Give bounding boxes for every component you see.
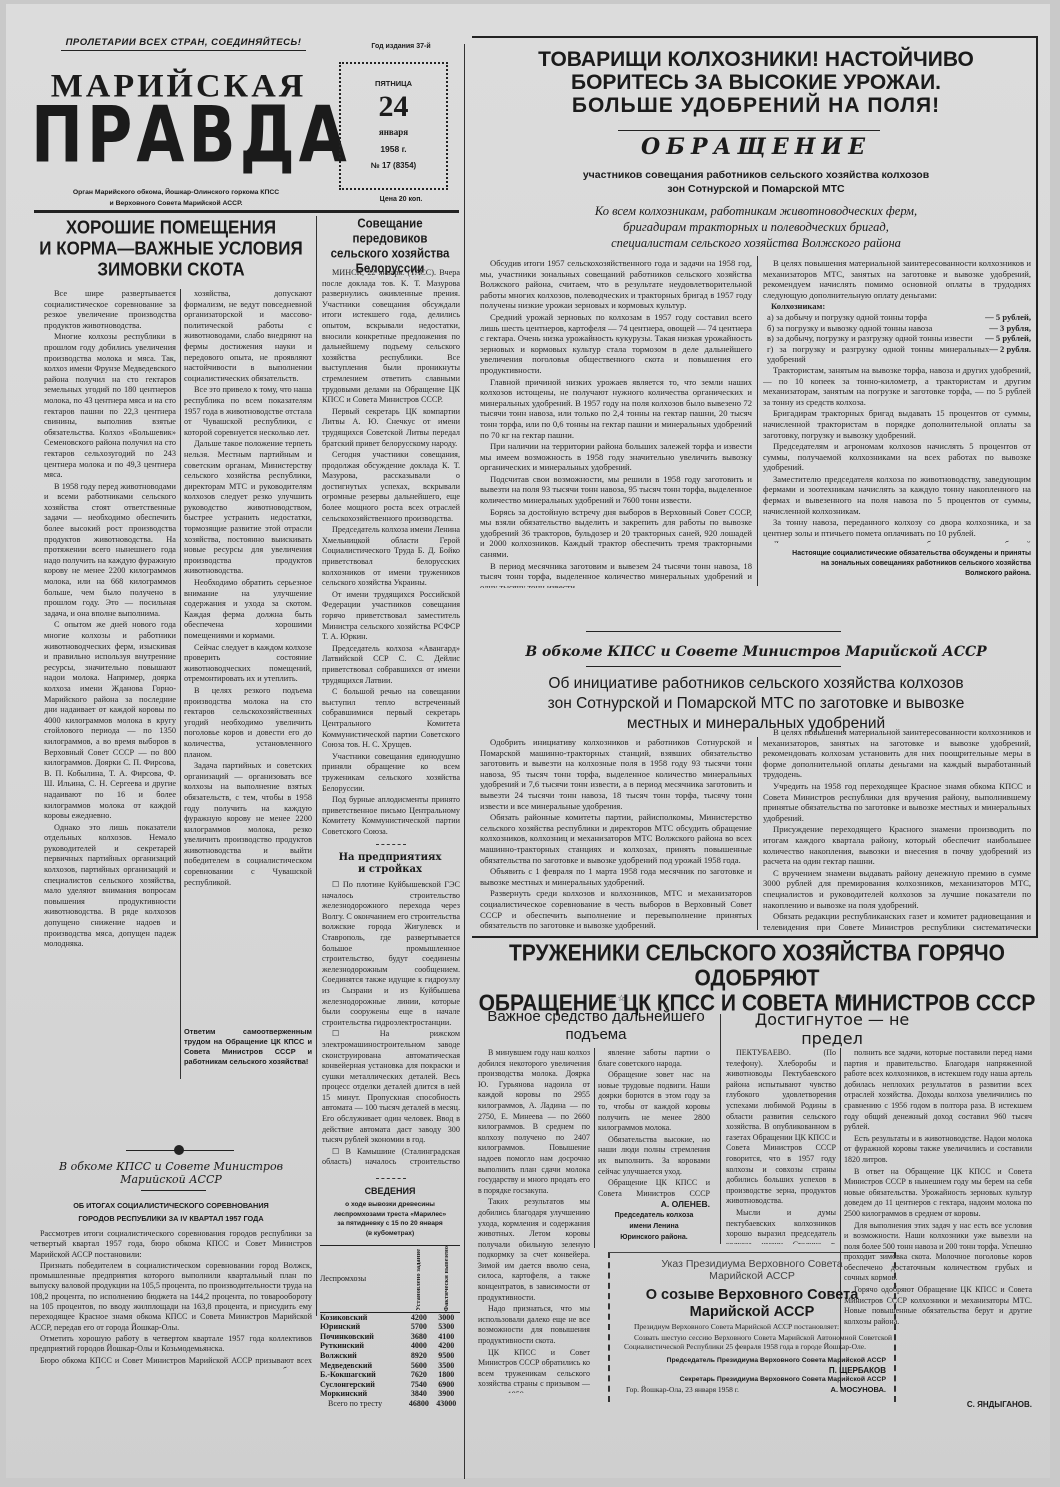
paragraph: Сегодня участники совещания, продолжая о… <box>322 450 460 524</box>
table-row: Волжский89209500 <box>320 1351 460 1361</box>
paragraph: ПЕКТУБАЕВО. (По телефону). Хлеборобы и ж… <box>726 1048 836 1207</box>
title-line1: О созыве Верховного Совета <box>610 1287 894 1304</box>
header-line1: Указ Президиума Верховного Совета <box>610 1258 894 1270</box>
paragraph: Есть результаты и в животноводстве. Надо… <box>844 1134 1032 1166</box>
rates-list: а) за добычу и погрузку одной тонны торф… <box>763 312 1031 365</box>
headline-line1: ТРУЖЕНИКИ СЕЛЬСКОГО ХОЗЯЙСТВА ГОРЯЧО ОДО… <box>472 941 1042 991</box>
table-cell: 6900 <box>433 1380 460 1390</box>
timber-subtitle: о ходе вывозки древесины леспромхозами т… <box>320 1200 460 1238</box>
title-line3: ЗИМОВКИ СКОТА <box>26 259 316 280</box>
year: 1958 г. <box>341 144 446 154</box>
paragraph: ☐ По плотине Куйбышевской ГЭС началось с… <box>322 880 460 1028</box>
paragraph: Рассмотрев итоги социалистического сорев… <box>30 1229 312 1260</box>
address-line2: бригадирам тракторных и полеводческих бр… <box>476 219 1036 235</box>
paragraph: Главной причиной низких урожаев является… <box>480 377 752 441</box>
left-article-column-2: явление заботы партии о благе советского… <box>598 1048 710 1198</box>
title-line2: ГОРОДОВ РЕСПУБЛИКИ ЗА IV КВАРТАЛ 1957 ГО… <box>26 1212 316 1225</box>
paragraph: Мысли и думы пектубаевских колхозников х… <box>726 1208 836 1244</box>
organ-line2: и Верховного Совета Марийской АССР. <box>41 198 311 209</box>
paragraph: Все шире развертывается социалистическое… <box>44 289 176 331</box>
paragraph: Обращение зовет нас на новые трудовые по… <box>598 1070 710 1134</box>
table-cell: 8920 <box>405 1351 432 1361</box>
paragraph: Отметить хорошую работу в четвертом квар… <box>30 1334 312 1355</box>
column-header: Леспромхозы <box>320 1246 405 1313</box>
table-cell: Починковский <box>320 1332 405 1342</box>
rate-value: — 3 рубля, <box>989 323 1031 334</box>
stars-icon: ☆ ☆ <box>816 994 876 1004</box>
belarus-body: МИНСК, 22 января. (ТАСС). Вчера после до… <box>322 268 460 838</box>
paragraph: ЦК КПСС и Совет Министров СССР обратилис… <box>478 1348 590 1393</box>
address-line1: Ко всем колхозникам, работникам животнов… <box>476 203 1036 219</box>
masthead-rule <box>34 210 459 213</box>
paragraph: Трактористам, занятым на вывозке торфа, … <box>763 365 1031 407</box>
timber-title: СВЕДЕНИЯ <box>320 1186 460 1196</box>
paragraph: Дальше такое положение терпеть нельзя. М… <box>184 439 312 577</box>
newspaper-page: ПРОЛЕТАРИИ ВСЕХ СТРАН, СОЕДИНЯЙТЕСЬ! МАР… <box>6 4 1050 1478</box>
column-divider <box>316 216 317 1316</box>
appeal-column-2: В целях повышения материальной заинтерес… <box>763 258 1031 543</box>
table-cell: Юринский <box>320 1322 405 1332</box>
paragraph: В 1958 году перед животноводами и всеми … <box>44 482 176 620</box>
table-cell: 1800 <box>433 1370 460 1380</box>
issue-number: № 17 (8354) <box>341 161 446 170</box>
rate-item: а) за добычу и погрузку одной тонны торф… <box>763 312 1031 323</box>
paragraph: Однако это лишь показатели отдельных кол… <box>44 823 176 950</box>
table-cell: Всего по тресту <box>320 1399 405 1409</box>
table-cell: 43000 <box>433 1399 460 1409</box>
signoff-line1: Настоящие социалистические обязательства… <box>763 549 1031 559</box>
separator <box>376 1178 406 1179</box>
paragraph: Участники совещания единодушно приняли о… <box>322 752 460 794</box>
table-cell: 3500 <box>433 1361 460 1371</box>
table-row: Козиковский42003000 <box>320 1312 460 1322</box>
title-line2: и стройках <box>320 864 460 876</box>
table-cell: 7540 <box>405 1380 432 1390</box>
preamble: Президиум Верховного Совета Марийской АС… <box>624 1322 892 1332</box>
paragraph: Надо признаться, что мы использовали дал… <box>478 1304 590 1346</box>
paragraph: Обсудив итоги 1957 сельскохозяйственного… <box>480 258 752 311</box>
body: Созвать шестую сессию Верховного Совета … <box>624 1333 892 1352</box>
paragraph: Таких результатов мы добились благодаря … <box>478 1197 590 1303</box>
livestock-title: ХОРОШИЕ ПОМЕЩЕНИЯ И КОРМА—ВАЖНЫЕ УСЛОВИЯ… <box>26 217 316 280</box>
paragraph: хозяйства, допускают формализм, не ведут… <box>184 289 312 384</box>
weekday: ПЯТНИЦА <box>341 79 446 88</box>
left-article-title: Важное средство дальнейшего подъема <box>476 1008 716 1044</box>
subtitle-line2: леспромхозами треста «Марилес» <box>320 1210 460 1220</box>
masthead-organ: Орган Марийского обкома, Йошкар-Олинског… <box>41 187 311 209</box>
slogan-line3: БОЛЬШЕ УДОБРЕНИЙ НА ПОЛЯ! <box>476 94 1036 117</box>
table-cell: 5600 <box>405 1361 432 1371</box>
table-row: Руткинский40004200 <box>320 1341 460 1351</box>
rate-value: — 2 рубля. <box>989 344 1031 365</box>
table-total-row: Всего по тресту4680043000 <box>320 1399 460 1409</box>
subtitle-line1: участников совещания работников сельског… <box>476 168 1036 182</box>
appeal-signoff: Настоящие социалистические обязательства… <box>763 549 1031 579</box>
secretary-name: А. МОСУНОВА. <box>831 1385 886 1395</box>
title-line1: Совещание передовиков <box>320 217 460 247</box>
price: Цена 20 коп. <box>361 196 441 203</box>
column-divider <box>720 1014 721 1244</box>
table-row: Суслонгерский75406900 <box>320 1380 460 1390</box>
chair-title: Председатель Президиума Верховного Совет… <box>626 1356 886 1366</box>
paragraph: В период месячника заготовим и вывезем 2… <box>480 561 752 588</box>
title-line1: ОБ ИТОГАХ СОЦИАЛИСТИЧЕСКОГО СОРЕВНОВАНИЯ <box>26 1199 316 1212</box>
title-line2: Марийской АССР <box>610 1304 894 1321</box>
rule <box>586 666 841 667</box>
subtitle-line2: зон Сотнурской и Помарской МТС <box>476 182 1036 196</box>
rate-item: б) за погрузку и вывозку одной тонны нав… <box>763 323 1031 334</box>
title-line1: На предприятиях <box>320 852 460 864</box>
decree-signatures: Председатель Президиума Верховного Совет… <box>626 1356 886 1394</box>
year-of-issue: Год издания 37-й <box>361 43 441 50</box>
rate-item: в) за добычу, погрузку и разгрузку одной… <box>763 333 1031 344</box>
table-row: Починковский36804100 <box>320 1332 460 1342</box>
rate-value: — 5 рублей, <box>985 312 1031 323</box>
table-cell: 4200 <box>405 1312 432 1322</box>
competition-title: ОБ ИТОГАХ СОЦИАЛИСТИЧЕСКОГО СОРЕВНОВАНИЯ… <box>26 1199 316 1225</box>
rubric-line1: В обкоме КПСС и Совете Министров <box>26 1160 316 1173</box>
left-article-signature: А. ОЛЕНЕВ. Председатель колхоза имени Ле… <box>598 1199 710 1243</box>
paragraph: Бюро обкома КПСС и Совет Министров Марий… <box>30 1356 312 1369</box>
paragraph: Необходимо обратить серьезное внимание н… <box>184 578 312 642</box>
author-title: Юринского района. <box>598 1232 710 1243</box>
appeal-address: Ко всем колхозникам, работникам животнов… <box>476 203 1036 251</box>
column-header: Фактически вывезено <box>433 1246 460 1313</box>
paragraph: Признать победителем в социалистическом … <box>30 1261 312 1333</box>
livestock-column-1: Все шире развертывается социалистическое… <box>44 289 176 1079</box>
paragraph: Заместителю председателя колхоза по живо… <box>763 474 1031 516</box>
table-cell: Руткинский <box>320 1341 405 1351</box>
paragraph: Первый секретарь ЦК компартии Литвы А. Ю… <box>322 407 460 449</box>
place-date: Гор. Йошкар-Ола, 23 января 1958 г. <box>626 1385 739 1395</box>
table-cell: 3000 <box>433 1312 460 1322</box>
title-line2: сельского хозяйства <box>320 247 460 262</box>
table-cell: Б.-Кокшагский <box>320 1370 405 1380</box>
paragraph: Обращение ЦК КПСС и Совета Министров ССС… <box>598 1178 710 1198</box>
column-divider <box>180 289 181 1079</box>
table-cell: Козиковский <box>320 1312 405 1322</box>
decree-body: Президиум Верховного Совета Марийской АС… <box>624 1322 892 1353</box>
paragraph: В минувшем году наш колхоз добился некот… <box>478 1048 590 1196</box>
subtitle-line1: о ходе вывозки древесины <box>320 1200 460 1210</box>
paragraph: Председатель колхоза имени Ленина Хмельн… <box>322 525 460 589</box>
signoff-line2: на зональных совещаниях работников сельс… <box>763 559 1031 569</box>
rule <box>618 130 880 131</box>
table-row: Медведевский56003500 <box>320 1361 460 1371</box>
author-name: А. ОЛЕНЕВ. <box>598 1199 710 1210</box>
right-article-author: С. ЯНДЫГАНОВ. <box>926 1400 1032 1409</box>
rate-value: — 5 рублей, <box>985 333 1031 344</box>
rate-label: а) за добычу и погрузку одной тонны торф… <box>767 312 927 323</box>
organ-line1: Орган Марийского обкома, Йошкар-Олинског… <box>41 187 311 198</box>
paragraph: В целях резкого подъема производства мол… <box>184 686 312 760</box>
rubric-line2: Марийской АССР <box>26 1173 316 1186</box>
table-cell: 3900 <box>433 1389 460 1399</box>
slogan-line2: БОРИТЕСЬ ЗА ВЫСОКИЕ УРОЖАИ. <box>476 71 1036 94</box>
appeal-column-1: Обсудив итоги 1957 сельскохозяйственного… <box>480 258 752 588</box>
paragraph: Дополнительную денежную оплату за работы… <box>763 539 1031 543</box>
paragraph: Многие колхозы республики в прошлом году… <box>44 332 176 480</box>
table-cell: 4100 <box>433 1332 460 1342</box>
author-title: имени Ленина <box>598 1221 710 1232</box>
rate-item: г) за погрузку и разгрузку одной тонны м… <box>763 344 1031 365</box>
rate-label: г) за погрузку и разгрузку одной тонны м… <box>767 344 989 365</box>
paragraph: МИНСК, 22 января. (ТАСС). Вчера после до… <box>322 268 460 406</box>
paragraph: ☐ На рижском электромашиностроительном з… <box>322 1029 460 1146</box>
right-article-title: Достигнутое — не предел <box>722 1010 942 1048</box>
date-box: ПЯТНИЦА 24 января 1958 г. № 17 (8354) <box>339 62 448 190</box>
table-cell: Волжский <box>320 1351 405 1361</box>
table-cell: 4000 <box>405 1341 432 1351</box>
rule <box>586 631 841 632</box>
subtitle-line3: за пятидневку с 15 по 20 января <box>320 1219 460 1229</box>
paragraph: Подсчитав свои возможности, мы решили в … <box>480 474 752 506</box>
separator <box>376 844 406 845</box>
livestock-closing: Ответим самоотверженным трудом на Обраще… <box>184 1027 312 1067</box>
title-line2: подъема <box>476 1026 716 1044</box>
table-cell: 5700 <box>405 1322 432 1332</box>
paragraph: Под бурные аплодисменты принято приветст… <box>322 795 460 837</box>
table-cell: 3840 <box>405 1389 432 1399</box>
paragraph: Бригадирам тракторных бригад выдавать 15… <box>763 408 1031 440</box>
appeal-subtitle: участников совещания работников сельског… <box>476 168 1036 196</box>
chair-name: П. ЩЕРБАКОВ <box>626 1366 886 1376</box>
header-line2: Марийской АССР <box>610 1270 894 1282</box>
table-cell: 3680 <box>405 1332 432 1342</box>
paragraph: За тонну навоза, переданного колхозу со … <box>763 517 1031 538</box>
obkom-frame <box>472 676 1038 938</box>
paragraph: С большой речью на совещании выступил те… <box>322 687 460 751</box>
paragraph: От имени трудящихся Российской Федерации… <box>322 590 460 643</box>
paragraph: ☐ В Камышине (Сталинградская область) на… <box>322 1147 460 1168</box>
table-cell: 9500 <box>433 1351 460 1361</box>
paragraph: Сейчас следует в каждом колхозе проверит… <box>184 643 312 685</box>
paragraph: В ответ на Обращение ЦК КПСС и Совета Ми… <box>844 1167 1032 1220</box>
rate-label: в) за добычу, погрузку и разгрузку одной… <box>767 333 973 344</box>
title-line1: Важное средство дальнейшего <box>476 1008 716 1026</box>
day: 24 <box>341 91 446 123</box>
table-row: Моркинский38403900 <box>320 1389 460 1399</box>
left-article-column-1: В минувшем году наш колхоз добился некот… <box>478 1048 590 1393</box>
stars-icon: ☆ ☆ <box>586 994 646 1004</box>
approval-headline: ТРУЖЕНИКИ СЕЛЬСКОГО ХОЗЯЙСТВА ГОРЯЧО ОДО… <box>472 941 1042 1016</box>
masthead-title-line2: ПРАВДА <box>31 96 326 174</box>
subtitle-line4: (в кубометрах) <box>320 1229 460 1239</box>
column-divider <box>757 256 758 586</box>
table-cell: Медведевский <box>320 1361 405 1371</box>
paragraph: Средний урожай зерновых по колхозам в 19… <box>480 312 752 376</box>
month: января <box>341 127 446 137</box>
table-cell: Суслонгерский <box>320 1380 405 1390</box>
rates-group-label: Колхозникам: <box>763 301 1031 312</box>
rate-label: б) за погрузку и вывозку одной тонны нав… <box>767 323 932 334</box>
table-cell: 4200 <box>433 1341 460 1351</box>
paragraph: Задача партийных и советских организаций… <box>184 761 312 888</box>
address-line3: специалистам сельского хозяйства Волжско… <box>476 235 1036 251</box>
paragraph: полнить все задачи, которые поставили пе… <box>844 1048 1032 1133</box>
decree-header: Указ Президиума Верховного Совета Марийс… <box>610 1258 894 1282</box>
livestock-column-2: хозяйства, допускают формализм, не ведут… <box>184 289 312 1024</box>
column-divider <box>594 1048 595 1248</box>
title-line1: ХОРОШИЕ ПОМЕЩЕНИЯ <box>26 217 316 238</box>
ornament-icon <box>174 1145 184 1155</box>
table-row: Юринский57005300 <box>320 1322 460 1332</box>
title-line2: И КОРМА—ВАЖНЫЕ УСЛОВИЯ <box>26 238 316 259</box>
obkom-rubric: В обкоме КПСС и Совете Министров Марийск… <box>476 644 1036 660</box>
masthead-motto: ПРОЛЕТАРИИ ВСЕХ СТРАН, СОЕДИНЯЙТЕСЬ! <box>61 37 306 51</box>
enterprises-title: На предприятиях и стройках <box>320 852 460 876</box>
timber-table: Леспромхозы Установлено задание Фактичес… <box>320 1245 460 1409</box>
author-title: Председатель колхоза <box>598 1210 710 1221</box>
enterprises-list: ☐ По плотине Куйбышевской ГЭС началось с… <box>322 880 460 1168</box>
appeal-slogan: ТОВАРИЩИ КОЛХОЗНИКИ! НАСТОЙЧИВО БОРИТЕСЬ… <box>476 48 1036 117</box>
table-cell: 5300 <box>433 1322 460 1332</box>
table-cell: Моркинский <box>320 1389 405 1399</box>
paragraph: Председателям и агрономам колхозов начис… <box>763 441 1031 473</box>
secretary-title: Секретарь Президиума Верховного Совета М… <box>626 1375 886 1385</box>
paragraph: С опытом же дней нового года многие колх… <box>44 620 176 821</box>
competition-rubric: В обкоме КПСС и Совете Министров Марийск… <box>26 1160 316 1186</box>
signoff-line3: Волжского района. <box>763 569 1031 579</box>
paragraph: При наличии на территории района больших… <box>480 441 752 473</box>
column-header: Установлено задание <box>405 1246 432 1313</box>
paragraph: Борясь за достойную встречу дня выборов … <box>480 507 752 560</box>
table-cell: 7620 <box>405 1370 432 1380</box>
appeal-title: ОБРАЩЕНИЕ <box>476 134 1036 160</box>
paragraph: Обязательства высокие, но наши люди полн… <box>598 1135 710 1177</box>
table-cell: 46800 <box>405 1399 432 1409</box>
table-row: Б.-Кокшагский76201800 <box>320 1370 460 1380</box>
paragraph: В целях повышения материальной заинтерес… <box>763 258 1031 300</box>
separator <box>141 1190 206 1191</box>
right-article-column-1: ПЕКТУБАЕВО. (По телефону). Хлеборобы и ж… <box>726 1048 836 1244</box>
slogan-line1: ТОВАРИЩИ КОЛХОЗНИКИ! НАСТОЙЧИВО <box>476 48 1036 71</box>
paragraph: Председатель колхоза «Авангард» Латвийск… <box>322 644 460 686</box>
paragraph: Все это привело к тому, что наша республ… <box>184 385 312 438</box>
page-divider <box>464 44 465 1479</box>
competition-body: Рассмотрев итоги социалистического сорев… <box>30 1229 312 1369</box>
paragraph: явление заботы партии о благе советского… <box>598 1048 710 1069</box>
decree-title: О созыве Верховного Совета Марийской АСС… <box>610 1287 894 1321</box>
